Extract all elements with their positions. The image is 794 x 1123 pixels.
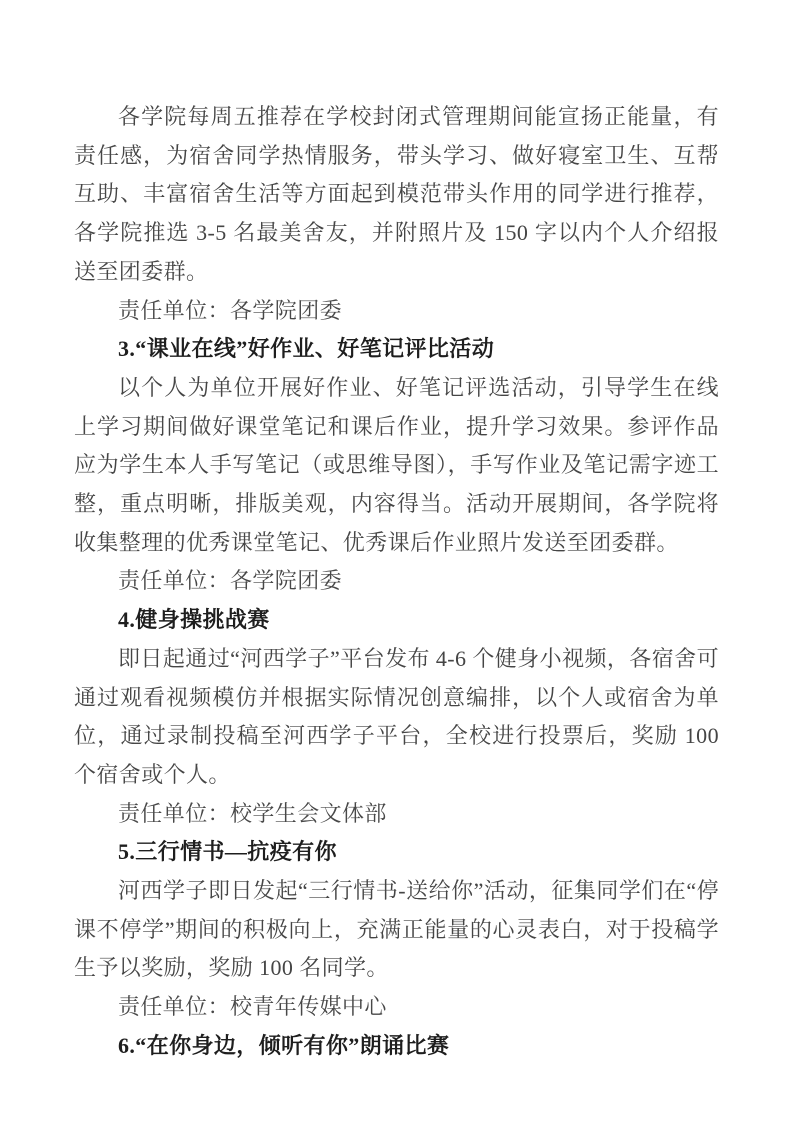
paragraph: 以个人为单位开展好作业、好笔记评选活动，引导学生在线上学习期间做好课堂笔记和课后… (74, 369, 719, 563)
section-heading: 6.“在你身边，倾听有你”朗诵比赛 (74, 1027, 719, 1066)
responsible-unit-line: 责任单位：各学院团委 (74, 292, 719, 331)
section-heading: 3.“课业在线”好作业、好笔记评比活动 (74, 330, 719, 369)
paragraph: 即日起通过“河西学子”平台发布 4-6 个健身小视频，各宿舍可通过观看视频模仿并… (74, 640, 719, 795)
paragraph: 各学院每周五推荐在学校封闭式管理期间能宣扬正能量，有责任感，为宿舍同学热情服务，… (74, 98, 719, 292)
section-heading: 4.健身操挑战赛 (74, 601, 719, 640)
document-page: 各学院每周五推荐在学校封闭式管理期间能宣扬正能量，有责任感，为宿舍同学热情服务，… (0, 0, 794, 1123)
document-body: 各学院每周五推荐在学校封闭式管理期间能宣扬正能量，有责任感，为宿舍同学热情服务，… (74, 98, 719, 1066)
section-heading: 5.三行情书—抗疫有你 (74, 833, 719, 872)
responsible-unit-line: 责任单位：校学生会文体部 (74, 795, 719, 834)
responsible-unit-line: 责任单位：校青年传媒中心 (74, 988, 719, 1027)
paragraph: 河西学子即日发起“三行情书-送给你”活动，征集同学们在“停课不停学”期间的积极向… (74, 872, 719, 988)
responsible-unit-line: 责任单位：各学院团委 (74, 562, 719, 601)
